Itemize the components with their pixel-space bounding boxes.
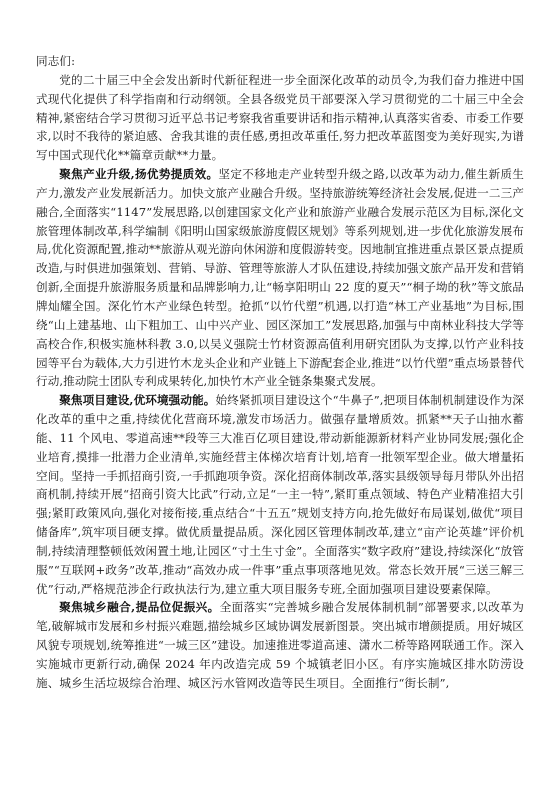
paragraph-intro: 党的二十届三中全会发出新时代新征程进一步全面深化改革的动员令,为我们奋力推进中国…: [36, 71, 524, 165]
paragraph-industry-upgrade-body: 坚定不移地走产业转型升级之路,以改革为动力,催生新质生产力,激发产业发展新活力。…: [36, 167, 524, 388]
paragraph-project-construction-body: 始终紧抓项目建设这个“牛鼻子”,把项目体制机制建设作为深化改革的重中之重,持续优…: [36, 393, 524, 595]
salutation: 同志们:: [36, 52, 524, 71]
paragraph-industry-upgrade: 聚焦产业升级,扬优势提质效。坚定不移地走产业转型升级之路,以改革为动力,催生新质…: [36, 165, 524, 391]
paragraph-project-construction: 聚焦项目建设,优环境强动能。始终紧抓项目建设这个“牛鼻子”,把项目体制机制建设作…: [36, 391, 524, 598]
document-page: 同志们: 党的二十届三中全会发出新时代新征程进一步全面深化改革的动员令,为我们奋…: [0, 0, 560, 793]
paragraph-urban-rural-integration-lead: 聚焦城乡融合,提品位促振兴。: [59, 600, 219, 614]
document-content: 同志们: 党的二十届三中全会发出新时代新征程进一步全面深化改革的动员令,为我们奋…: [36, 52, 524, 693]
paragraph-intro-body: 党的二十届三中全会发出新时代新征程进一步全面深化改革的动员令,为我们奋力推进中国…: [36, 73, 524, 162]
paragraph-urban-rural-integration: 聚焦城乡融合,提品位促振兴。全面落实“完善城乡融合发展体制机制”部署要求,以改革…: [36, 598, 524, 692]
paragraph-project-construction-lead: 聚焦项目建设,优环境强动能。: [59, 393, 215, 407]
paragraph-industry-upgrade-lead: 聚焦产业升级,扬优势提质效。: [59, 167, 218, 181]
